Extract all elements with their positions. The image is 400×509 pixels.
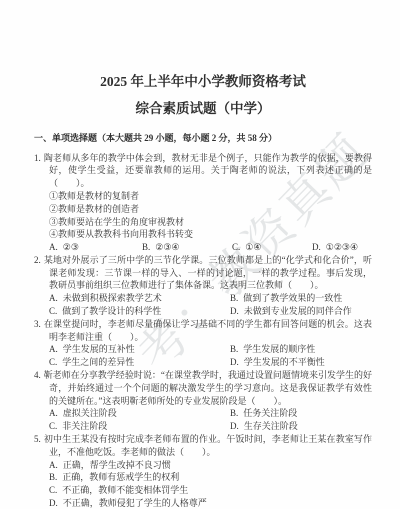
- option-text: 做到了教学效果的一致性: [243, 293, 342, 303]
- option-C: C.做到了教学设计的科学性: [49, 305, 230, 318]
- question-stem-text: 陶老师从多年的教学中体会到，教材无非是个例子，只能作为教学的依据，要教得好，使学…: [44, 153, 372, 189]
- option-text: 不正确，教师不能变相体罚学生: [62, 485, 188, 495]
- option-A: A.学生发展的互补性: [49, 343, 230, 356]
- question-stem: 2.某地对外展示了三所中学的三节化学课。三位教师都是上的“化学式和化合价”，听课…: [34, 254, 372, 292]
- option-group: A.学生发展的互补性B.学生发展的顺序性C.学生之间的差异性D.学生发展的不平衡…: [34, 343, 372, 369]
- option-group: A.正确，帮学生改掉不良习惯B.正确，教师有惩戒学生的权利C.不正确，教师不能变…: [34, 459, 372, 509]
- option-label: A.: [49, 408, 58, 418]
- section-heading: 一、单项选择题（本大题共 29 小题，每小题 2 分，共 58 分）: [34, 131, 372, 144]
- question-subitem: ①教师是教材的复制者: [34, 190, 372, 203]
- option-text: 生存关注阶段: [244, 421, 298, 431]
- question-stem-text: 靳老师在分享教学经验时说：“在课堂教学时，我通过设置问题情境来引发学生的好奇，并…: [44, 370, 372, 406]
- option-text: ①②③④: [326, 242, 358, 252]
- page-content: 2025 年上半年中小学教师资格考试 综合素质试题（中学） 一、单项选择题（本大…: [0, 0, 400, 509]
- option-group: A.未做到积极探索教学艺术B.做到了教学效果的一致性C.做到了教学设计的科学性D…: [34, 292, 372, 318]
- option-A: A.虚拟关注阶段: [49, 407, 230, 420]
- option-C: C.学生之间的差异性: [49, 356, 230, 369]
- option-B: B.任务关注阶段: [230, 407, 372, 420]
- option-text: 不正确，教师侵犯了学生的人格尊严: [63, 498, 207, 508]
- option-B: B.②③④: [142, 241, 232, 254]
- question-4: 4.靳老师在分享教学经验时说：“在课堂教学时，我通过设置问题情境来引发学生的好奇…: [34, 369, 372, 433]
- question-number: 2.: [34, 255, 41, 265]
- option-text: 学生之间的差异性: [62, 357, 134, 367]
- option-text: ②③: [63, 242, 79, 252]
- question-subitem: ④教师要从教教科书向用教科书转变: [34, 228, 372, 241]
- question-stem-text: 某地对外展示了三所中学的三节化学课。三位教师都是上的“化学式和化合价”，听课老师…: [44, 255, 372, 291]
- option-B: B.正确，教师有惩戒学生的权利: [49, 471, 372, 484]
- question-number: 1.: [34, 153, 41, 163]
- question-2: 2.某地对外展示了三所中学的三节化学课。三位教师都是上的“化学式和化合价”，听课…: [34, 254, 372, 318]
- option-text: 学生发展的顺序性: [243, 344, 315, 354]
- option-label: B.: [142, 242, 150, 252]
- question-stem: 4.靳老师在分享教学经验时说：“在课堂教学时，我通过设置问题情境来引发学生的好奇…: [34, 369, 372, 407]
- option-D: D.学生发展的不平衡性: [230, 356, 372, 369]
- question-number: 5.: [34, 434, 41, 444]
- option-group: A.虚拟关注阶段B.任务关注阶段C.非关注阶段D.生存关注阶段: [34, 407, 372, 433]
- option-label: D.: [49, 498, 58, 508]
- option-text: 非关注阶段: [62, 421, 107, 431]
- option-A: A.正确，帮学生改掉不良习惯: [49, 459, 372, 472]
- option-D: D.未做到专业发展的同伴合作: [230, 305, 372, 318]
- option-C: C.非关注阶段: [49, 420, 230, 433]
- question-subitem: ③教师要站在学生的角度审视教材: [34, 216, 372, 229]
- question-number: 3.: [34, 319, 41, 329]
- option-label: D.: [230, 357, 239, 367]
- option-label: A.: [49, 460, 58, 470]
- question-subitem: ②教师是教材的创造者: [34, 203, 372, 216]
- option-text: ①④: [245, 242, 261, 252]
- option-B: B.做到了教学效果的一致性: [230, 292, 372, 305]
- option-label: B.: [230, 344, 238, 354]
- option-text: 未做到积极探索教学艺术: [63, 293, 162, 303]
- option-label: C.: [49, 421, 57, 431]
- option-C: C.①④: [232, 241, 312, 254]
- option-B: B.学生发展的顺序性: [230, 343, 372, 356]
- option-group: A.②③B.②③④C.①④D.①②③④: [34, 241, 372, 254]
- option-text: 未做到专业发展的同伴合作: [244, 306, 352, 316]
- option-A: A.②③: [49, 241, 142, 254]
- option-text: 正确，帮学生改掉不良习惯: [63, 460, 171, 470]
- question-stem: 1.陶老师从多年的教学中体会到，教材无非是个例子，只能作为教学的依据，要教得好，…: [34, 152, 372, 190]
- question-stem: 5.初中生王某没有按时完成李老师布置的作业。午饭时间，李老师让王某在教室写作业，…: [34, 433, 372, 459]
- option-D: D.生存关注阶段: [230, 420, 372, 433]
- option-text: 任务关注阶段: [243, 408, 297, 418]
- option-C: C.不正确，教师不能变相体罚学生: [49, 484, 372, 497]
- exam-title: 2025 年上半年中小学教师资格考试: [34, 74, 372, 90]
- question-stem: 3.在课堂提问时，李老师尽量确保让学习基础不同的学生都有回答问题的机会。这表明李…: [34, 318, 372, 344]
- option-label: D.: [312, 242, 321, 252]
- option-A: A.未做到积极探索教学艺术: [49, 292, 230, 305]
- option-D: D.①②③④: [312, 241, 372, 254]
- option-label: A.: [49, 293, 58, 303]
- option-label: C.: [49, 357, 57, 367]
- option-label: A.: [49, 344, 58, 354]
- option-D: D.不正确，教师侵犯了学生的人格尊严: [49, 497, 372, 509]
- option-label: B.: [49, 472, 57, 482]
- option-text: 学生发展的不平衡性: [244, 357, 325, 367]
- question-list: 1.陶老师从多年的教学中体会到，教材无非是个例子，只能作为教学的依据，要教得好，…: [34, 152, 372, 509]
- option-text: 正确，教师有惩戒学生的权利: [62, 472, 179, 482]
- option-label: C.: [232, 242, 240, 252]
- exam-paper-page: 考：教资真题 2025 年上半年中小学教师资格考试 综合素质试题（中学） 一、单…: [0, 0, 400, 509]
- option-label: C.: [49, 485, 57, 495]
- option-label: B.: [230, 408, 238, 418]
- exam-subtitle: 综合素质试题（中学）: [34, 97, 372, 117]
- option-text: 学生发展的互补性: [63, 344, 135, 354]
- option-label: D.: [230, 421, 239, 431]
- question-3: 3.在课堂提问时，李老师尽量确保让学习基础不同的学生都有回答问题的机会。这表明李…: [34, 318, 372, 369]
- option-text: ②③④: [155, 242, 179, 252]
- question-stem-text: 在课堂提问时，李老师尽量确保让学习基础不同的学生都有回答问题的机会。这表明李老师…: [44, 319, 372, 342]
- option-text: 做到了教学设计的科学性: [62, 306, 161, 316]
- question-number: 4.: [34, 370, 41, 380]
- option-label: A.: [49, 242, 58, 252]
- option-label: B.: [230, 293, 238, 303]
- question-1: 1.陶老师从多年的教学中体会到，教材无非是个例子，只能作为教学的依据，要教得好，…: [34, 152, 372, 254]
- option-label: D.: [230, 306, 239, 316]
- option-text: 虚拟关注阶段: [63, 408, 117, 418]
- question-stem-text: 初中生王某没有按时完成李老师布置的作业。午饭时间，李老师让王某在教室写作业，不准…: [44, 434, 372, 457]
- question-5: 5.初中生王某没有按时完成李老师布置的作业。午饭时间，李老师让王某在教室写作业，…: [34, 433, 372, 509]
- option-label: C.: [49, 306, 57, 316]
